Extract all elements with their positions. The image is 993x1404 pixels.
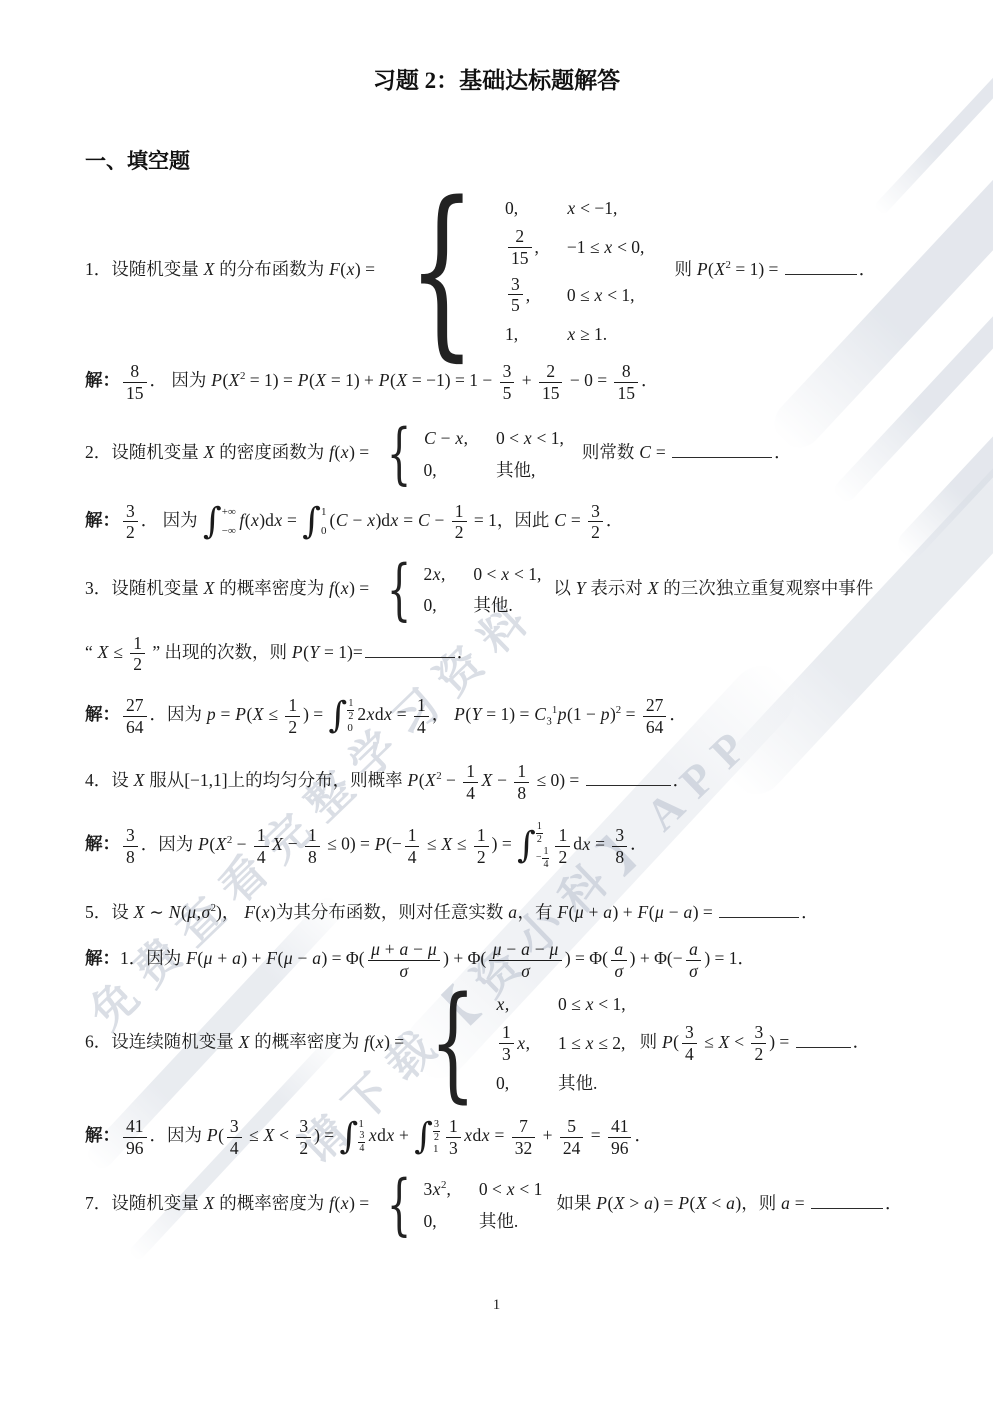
problem-2: 2．设随机变量 X 的密度函数为 f(x) = {C − x,0 < x < 1… (85, 425, 955, 483)
section-heading: 一、填空题 (85, 145, 993, 175)
solution-3: 解：2764．因为 p = P(X ≤ 12) = ∫1202xdx = 14，… (85, 695, 955, 737)
solution-2: 解：32． 因为 ∫+∞−∞f(x)dx = ∫10(C − x)dx = C … (85, 501, 955, 543)
problem-3b: “ X ≤ 12 ” 出现的次数，则 P(Y = 1)=． (85, 633, 955, 675)
solution-5: 解：1．因为 F(μ + a) + F(μ − a) = Φ(μ + a − μ… (85, 939, 955, 981)
problem-7: 7．设随机变量 X 的概率密度为 f(x) = {3x2,0 < x < 10,… (85, 1176, 955, 1234)
problem-4: 4．设 X 服从[−1,1]上的均匀分布，则概率 P(X2 − 14X − 18… (85, 761, 955, 803)
problem-1: 1．设随机变量 X 的分布函数为 F(x) = {0,x < −1,215,−1… (85, 195, 955, 347)
document-page: 免费查看完整学习资料 请下载【资小科】APP 习题 2：基础达标题解答 一、填空… (0, 0, 993, 1404)
solution-1: 解：815． 因为 P(X2 = 1) = P(X = 1) + P(X = −… (85, 361, 955, 403)
document-body: 1．设随机变量 X 的分布函数为 F(x) = {0,x < −1,215,−1… (0, 195, 993, 1234)
solution-6: 解：4196．因为 P(34 ≤ X < 32) = ∫134xdx + ∫32… (85, 1116, 955, 1158)
problem-5: 5．设 X ∼ N(μ,σ2)， F(x)为其分布函数，则对任意实数 a，有 F… (85, 899, 955, 925)
solution-4: 解：38．因为 P(X2 − 14X − 18 ≤ 0) = P(−14 ≤ X… (85, 819, 955, 872)
problem-3a: 3．设随机变量 X 的概率密度为 f(x) = {2x,0 < x < 1,0,… (85, 561, 983, 619)
page-title: 习题 2：基础达标题解答 (0, 62, 993, 95)
problem-6: 6．设连续随机变量 X 的概率密度为 f(x) = {x,0 ≤ x < 1,1… (85, 991, 955, 1096)
page-number: 1 (0, 1297, 993, 1314)
document-content: 习题 2：基础达标题解答 一、填空题 1．设随机变量 X 的分布函数为 F(x)… (0, 62, 993, 1234)
